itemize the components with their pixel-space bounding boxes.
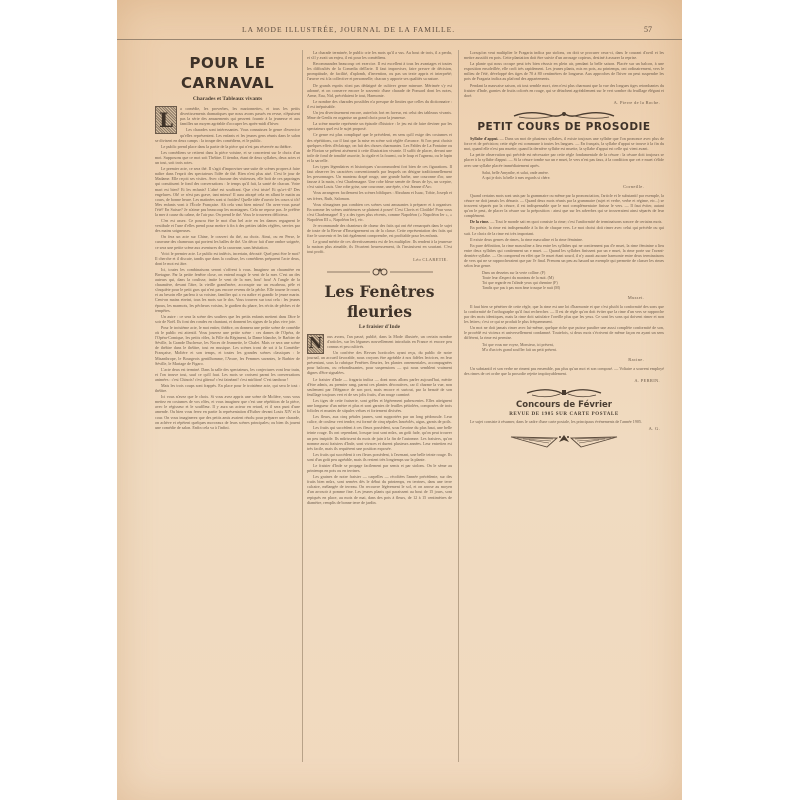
magazine-page: LA MODE ILLUSTRÉE, JOURNAL DE LA FAMILLE… (117, 0, 682, 800)
paragraph: Les tiges de cette fraiserie, sont grêle… (307, 398, 452, 413)
article-body-carnaval: L a comédie, les proverbes, les marionne… (155, 106, 300, 430)
verse-quote: Dans un desseins sur la verte colline. (… (482, 271, 664, 291)
paragraph: Pendant la mauvaise saison, où tout semb… (464, 83, 664, 98)
paragraph: Vous arrangerez facilement les scènes bi… (307, 190, 452, 200)
paragraph: Les types légendaires et historiques s'a… (307, 164, 452, 189)
paragraph: Le premier acte, ce sera thé. Il s'agit … (155, 166, 300, 217)
signature-perrin: A. PERRIN. (464, 378, 660, 383)
article-subtitle-carnaval: Charades et Tableaux vivants (155, 97, 300, 102)
column-2: La charade terminée, le public crie les … (307, 50, 452, 770)
article-subtitle-concours: REVUE DE 1905 SUR CARTE POSTALE (464, 412, 664, 417)
verse-author: Musset. (464, 295, 644, 300)
running-head: LA MODE ILLUSTRÉE, JOURNAL DE LA FAMILLE… (117, 25, 682, 40)
paragraph: La plante qui nous occupe peut très bien… (464, 61, 664, 81)
paragraph: Mais les trois coups sont frappés. En pl… (155, 383, 300, 393)
paragraph: Les fruits qui succèdent à ces fleurs po… (307, 425, 452, 450)
paragraph: Le fraisier d'Inde — fragaria indica — d… (307, 377, 452, 397)
verse-quote: Salut, belle Amynthe, et salut, onde amè… (482, 171, 664, 181)
paragraph: Le public prend place dans la partie de … (155, 144, 300, 149)
article-subtitle-fenetres: Le fraisier d'Inde (307, 325, 452, 330)
paragraph: En pure définition, la rime masculine a … (464, 243, 664, 268)
paragraph: En poésie, la rime est indispensable à l… (464, 225, 664, 235)
verse-line: Tandis que pas à pas mon âme trouque le … (482, 286, 664, 291)
paragraph: De la rime. — Tout le monde sait en quoi… (464, 219, 664, 224)
paragraph: Quand certains mots sont unis par la gra… (464, 193, 664, 218)
concours-text: Le sujet consiste à résumer, dans le cad… (464, 419, 664, 424)
paragraph: Un substantif et son verbe ne riment pas… (464, 366, 664, 376)
paragraph: On fera un acte sur Chine, le couvert du… (155, 234, 300, 249)
paragraph-lead: Syllabe d'appui. (470, 136, 498, 141)
paragraph: La charade terminée, le public crie les … (307, 50, 452, 60)
verse-line: M'a d'un très grand souffler fait un pet… (482, 348, 664, 353)
column-divider (458, 50, 459, 762)
paragraph: Un autre : ce sera la scène des souliers… (155, 314, 300, 324)
signature-de-la-roche: A. Pierre de la Roche. (464, 100, 660, 105)
column-3: Lorsqu'on veut multiplier le Fragaria in… (464, 50, 664, 770)
paragraph: Les fleurs, aux cinq pétales jaunes, son… (307, 414, 452, 424)
running-title: LA MODE ILLUSTRÉE, JOURNAL DE LA FAMILLE… (242, 25, 455, 34)
paragraph: Les comédiens se retirent dans la pièce … (155, 150, 300, 165)
paragraph: ous avons, l'an passé, publié, dans la M… (307, 334, 452, 349)
paragraph: Vous n'imaginez pas combien ces scènes s… (307, 202, 452, 222)
paragraph: Un jeu divertissement encore, autrefois … (307, 110, 452, 120)
paragraph: Ici vous n'avez que le choix. Si vous av… (155, 394, 300, 430)
paragraph: C'en est assez. Ce pourra être le mot d'… (155, 218, 300, 233)
ornament-flourish-icon (464, 387, 664, 399)
paragraph: Je recommande des chanteurs de chœur des… (307, 223, 452, 238)
article-body-prosodie: Il faut bien se pénétrer de cette règle,… (464, 304, 664, 341)
article-title-concours: Concours de Février (464, 403, 664, 408)
verse-quote: Toi que vous me voyez, Monsieur, ici pré… (482, 343, 664, 353)
verse-line: A qui je dois la belle à mes regards si … (482, 176, 664, 181)
paragraph: Ici, toutes les combinaisons seront s'of… (155, 267, 300, 313)
paragraph: Pour le troisième acte, le mot entier, t… (155, 325, 300, 366)
signature-concours: A. G. (464, 426, 660, 431)
paragraph: Ce genre est plus compliqué que le précé… (307, 132, 452, 163)
paragraph: La scène muette représente un épisode d'… (307, 121, 452, 131)
ornament-scroll-icon (464, 109, 664, 121)
page-number: 57 (644, 25, 652, 34)
ornament-wings-icon (464, 435, 664, 447)
paragraph: De grands esprits n'ont pas dédaigné de … (307, 83, 452, 98)
dropcap-ornament-icon: N (307, 334, 324, 354)
paragraph: L'acte deux est terminé. Dans la salle d… (155, 367, 300, 382)
article-body-prosodie: Syllabe d'appui. — Dans un mot de plusie… (464, 136, 664, 168)
article-title-carnaval: POUR LE CARNAVAL (155, 53, 300, 93)
column-divider (302, 50, 303, 762)
article-body-fenetres: N ous avons, l'an passé, publié, dans la… (307, 334, 452, 505)
signature-claretie: Léo CLARETIE. (307, 257, 448, 262)
article-title-prosodie: PETIT COURS DE PROSODIE (464, 125, 664, 130)
article-body-prosodie: Un substantif et son verbe ne riment pas… (464, 366, 664, 376)
verse-author: Corneille. (464, 184, 644, 189)
paragraph-lead: De la rime. (470, 219, 489, 224)
paragraph: Lorsqu'on veut multiplier le Fragaria in… (464, 50, 664, 60)
paragraph: Il existe deux genres de rimes, la rime … (464, 237, 664, 242)
paragraph: Les fruits qui succèdent à ces fleurs po… (307, 452, 452, 462)
article-body-prosodie: Quand certains mots sont unis par la gra… (464, 193, 664, 268)
ornament-divider-icon (307, 266, 452, 278)
paragraph: Voici le premier acte. Le public est ind… (155, 251, 300, 266)
paragraph: Le fraisier d'Inde se propage facilement… (307, 463, 452, 473)
paragraph: Le grand mérite de ces divertissements e… (307, 239, 452, 254)
article-body-carnaval-continued: La charade terminée, le public crie les … (307, 50, 452, 255)
paragraph: Un mot ne doit jamais rimer avec lui-mêm… (464, 325, 664, 340)
paragraph: Le nombre des charades possibles n'a pre… (307, 99, 452, 109)
column-1: POUR LE CARNAVAL Charades et Tableaux vi… (155, 50, 300, 770)
article-title-fenetres: Les Fenêtres fleuries (307, 282, 452, 322)
paragraph: Il faut bien se pénétrer de cette règle,… (464, 304, 664, 324)
paragraph: La petite observation qui précède est né… (464, 152, 664, 167)
paragraph: Recommandez beaucoup cet exercice. Il es… (307, 61, 452, 81)
verse-author: Racine. (464, 357, 644, 362)
paragraph: Les graines de notre fraisier — carpelle… (307, 474, 452, 505)
article-body-fenetres-continued: Lorsqu'on veut multiplier le Fragaria in… (464, 50, 664, 98)
dropcap-ornament-icon: L (155, 106, 177, 134)
paragraph: Syllabe d'appui. — Dans un mot de plusie… (464, 136, 664, 151)
paragraph: Un confrère des Revues horticoles ayant … (307, 350, 452, 375)
